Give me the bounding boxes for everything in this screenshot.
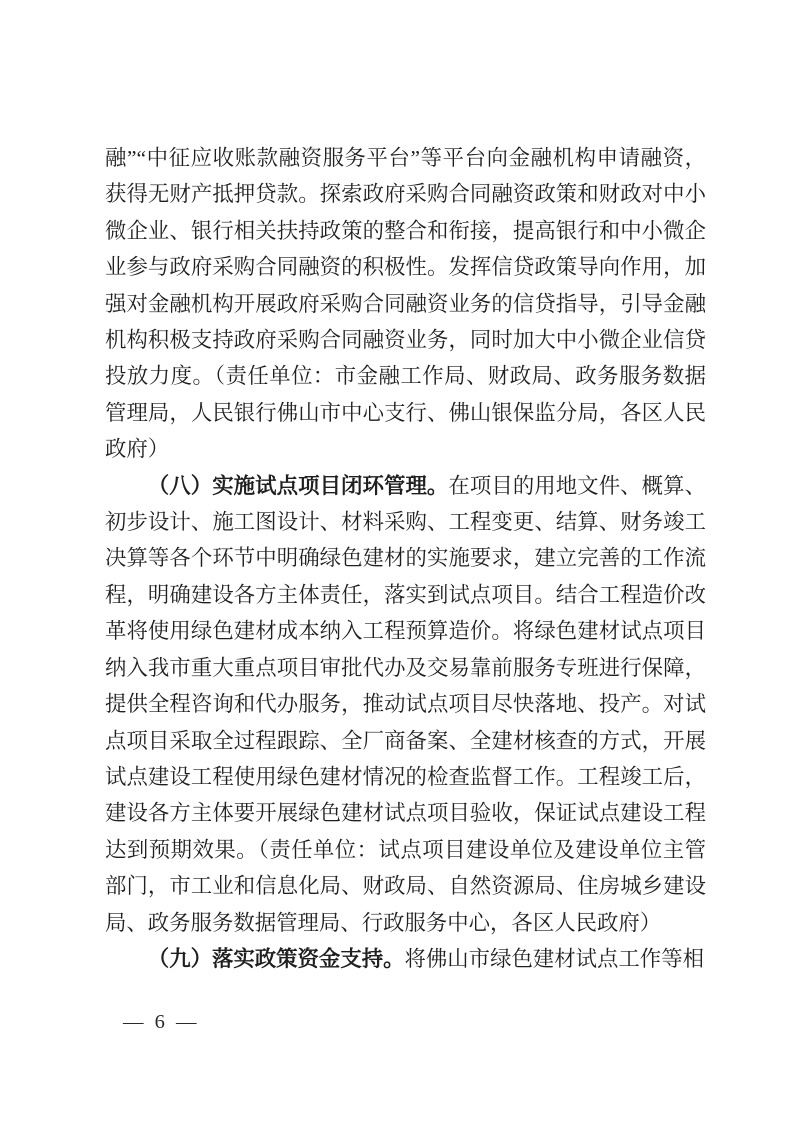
page-footer: — 6 — [123,1008,200,1036]
paragraph: （八）实施试点项目闭环管理。在项目的用地文件、概算、初步设计、施工图设计、材料采… [105,468,706,941]
paragraph: （九）落实政策资金支持。将佛山市绿色建材试点工作等相 [105,941,706,977]
paragraph: 融”“中征应收账款融资服务平台”等平台向金融机构申请融资，获得无财产抵押贷款。探… [105,140,706,468]
document-text-block: 融”“中征应收账款融资服务平台”等平台向金融机构申请融资，获得无财产抵押贷款。探… [105,140,706,977]
paragraph-heading: （九）落实政策资金支持。 [148,947,405,971]
paragraph-text: 融”“中征应收账款融资服务平台”等平台向金融机构申请融资，获得无财产抵押贷款。探… [105,146,706,461]
paragraph-text: 在项目的用地文件、概算、初步设计、施工图设计、材料采购、工程变更、结算、财务竣工… [105,474,706,935]
paragraph-heading: （八）实施试点项目闭环管理。 [148,474,449,498]
paragraph-text: 将佛山市绿色建材试点工作等相 [405,947,704,971]
page-number: — 6 — [123,1011,200,1033]
document-page: 融”“中征应收账款融资服务平台”等平台向金融机构申请融资，获得无财产抵押贷款。探… [0,0,800,1132]
